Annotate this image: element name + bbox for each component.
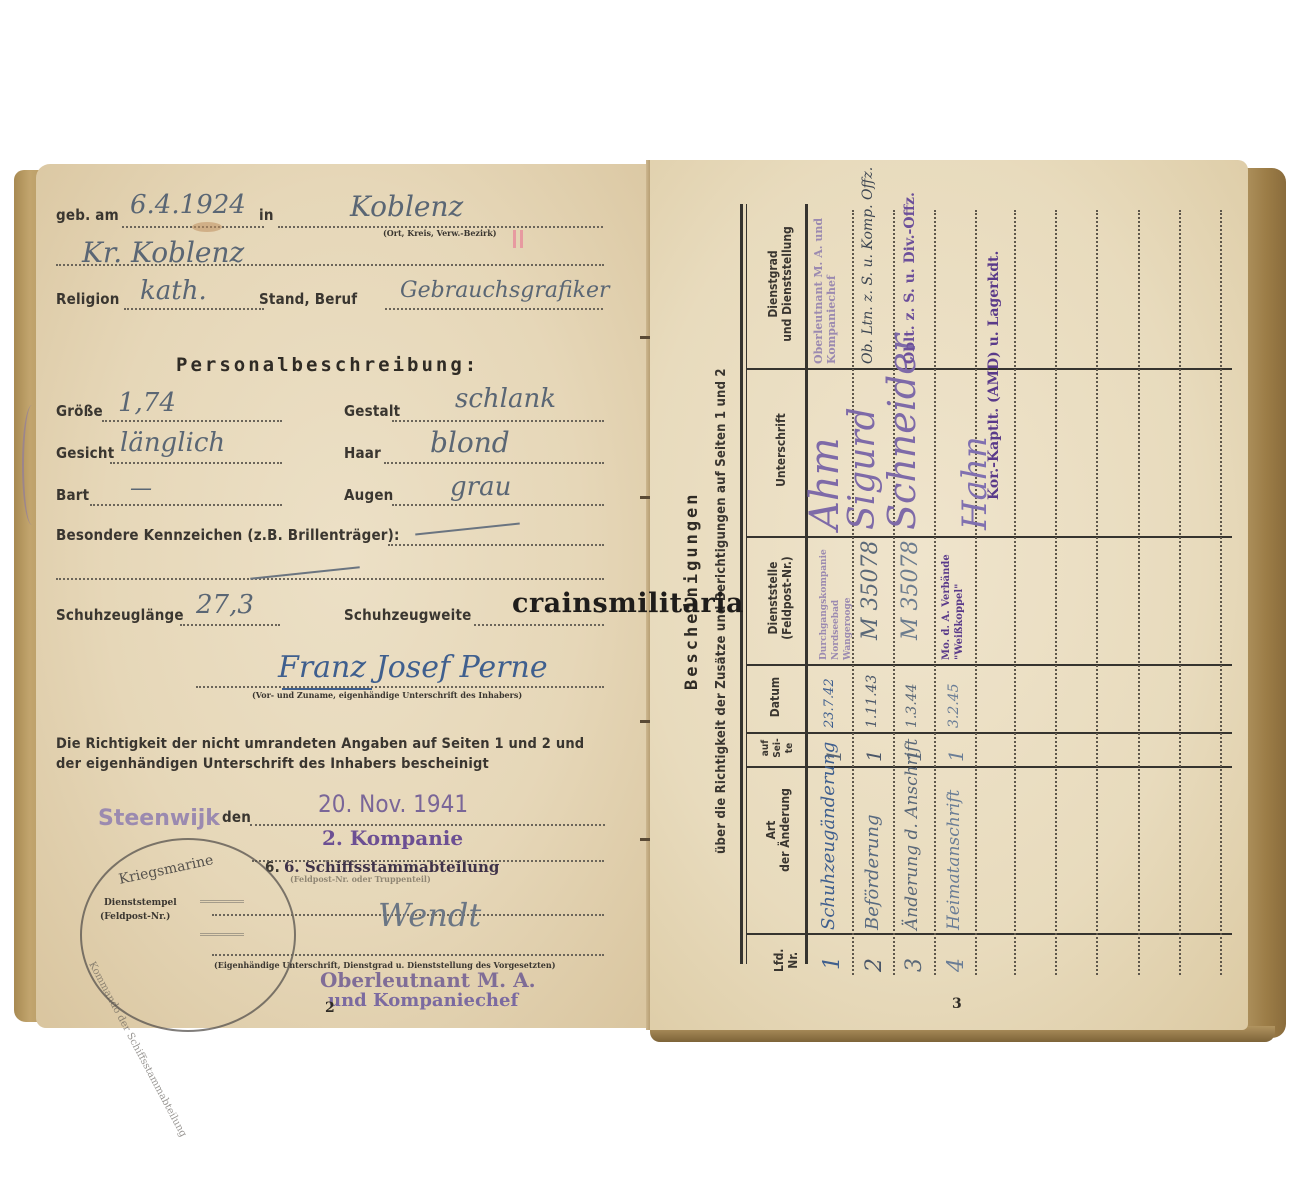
build-value: schlank — [455, 384, 556, 414]
unit-dotted-line — [252, 860, 604, 862]
row1-art: Schuhzeugänderung — [818, 742, 839, 930]
height-label: Größe — [56, 402, 103, 420]
row3-seite: 1 — [902, 749, 926, 762]
col-header-dienststelle: Dienststelle (Feldpost-Nr.) — [766, 536, 794, 660]
row4-nr: 4 — [944, 958, 969, 972]
row4-art: Heimatanschrift — [944, 790, 964, 930]
row-sep — [1179, 210, 1181, 975]
col-header-art: Art der Änderung — [764, 765, 792, 895]
col-header-seite: auf Sei- te — [760, 732, 796, 764]
row2-dienstgrad: Ob. Ltn. z. S. u. Komp. Offz. — [860, 167, 876, 364]
eyes-value: grau — [450, 472, 511, 502]
row-sep — [1055, 210, 1057, 975]
born-label: geb. am — [56, 206, 119, 224]
row4-dienstgrad: Kor.-Kaptlt. (AMD) u. Lagerkdt. — [986, 251, 1002, 500]
row3-nr: 3 — [902, 958, 927, 972]
hair-label: Haar — [344, 444, 381, 462]
shoe-length-value: 27,3 — [196, 590, 254, 620]
row1-dienststelle: Durchgangskompanie Nordseebad Wangerooge — [818, 536, 854, 660]
marks-dotted-line — [388, 544, 604, 546]
build-label: Gestalt — [344, 402, 400, 420]
row-sep — [1138, 210, 1140, 975]
table-left-border — [740, 204, 743, 964]
unit-hint: (Feldpost-Nr. oder Truppenteil) — [290, 874, 431, 884]
col-header-nr: Lfd. Nr. — [772, 949, 800, 972]
eagle-emblem — [200, 900, 244, 936]
religion-label: Religion — [56, 290, 120, 308]
height-dotted-line — [102, 420, 282, 422]
shoe-width-label: Schuhzeugweite — [344, 606, 471, 624]
row-sep — [1220, 210, 1222, 975]
hair-dotted-line — [384, 462, 604, 464]
shoe-length-label: Schuhzeuglänge — [56, 606, 184, 624]
row3-datum: 1.3.44 — [904, 683, 920, 728]
description-heading: Personalbeschreibung: — [176, 354, 479, 376]
row4-seite: 1 — [944, 749, 968, 762]
shoe-width-dotted-line — [474, 624, 604, 626]
face-label: Gesicht — [56, 444, 114, 462]
height-value: 1,74 — [118, 388, 176, 418]
row2-seite: 1 — [862, 749, 886, 762]
row1-dienstgrad: Oberleutnant M. A. und Kompaniechef — [812, 204, 838, 364]
religion-dotted-line — [124, 308, 264, 310]
beard-label: Bart — [56, 486, 89, 504]
rank-stamp-line-2: und Kompaniechef — [328, 990, 518, 1011]
eyes-dotted-line — [392, 504, 604, 506]
row-sep — [1096, 210, 1098, 975]
beard-dotted-line — [90, 504, 282, 506]
face-value: länglich — [120, 428, 225, 458]
occupation-label: Stand, Beruf — [259, 290, 357, 308]
row4-dienststelle: Mo. d. A. Verbände "Weißkoppel" — [940, 536, 966, 660]
red-mark — [513, 230, 523, 248]
unit-stamp-line-1: 2. Kompanie — [322, 826, 463, 850]
place-hint: (Ort, Kreis, Verw.-Bezirk) — [383, 228, 497, 238]
signature-dotted-line — [196, 686, 604, 688]
col-sep-dienststelle — [747, 664, 1232, 666]
shoe-length-dotted-line — [180, 624, 280, 626]
stain — [192, 222, 222, 232]
row3-dienststelle: M 35078 — [898, 540, 923, 640]
occupation-value: Gebrauchsgrafiker — [400, 278, 610, 303]
face-dotted-line — [110, 462, 282, 464]
superior-signature: Wendt — [378, 896, 481, 934]
edge-stamp-mark — [22, 405, 42, 525]
place-value: Koblenz — [350, 190, 463, 223]
born-value: 6.4.1924 — [130, 190, 246, 220]
religion-value: kath. — [140, 276, 207, 306]
signature-hint: (Vor- und Zuname, eigenhändige Unterschr… — [252, 690, 522, 700]
eyes-label: Augen — [344, 486, 393, 504]
col-header-dienstgrad: Dienstgrad und Dienststellung — [766, 204, 794, 364]
occupation-dotted-line — [385, 308, 603, 310]
marks-second-dotted-line — [56, 578, 604, 580]
row-sep — [934, 210, 936, 975]
row3-dienstgrad: Oblt. z. S. u. Div.-Offz. — [902, 192, 918, 364]
row2-art: Beförderung — [862, 815, 883, 930]
beard-value: — — [130, 476, 152, 501]
table-header-border — [805, 204, 808, 964]
table-left-border-inner — [746, 204, 747, 964]
watermark-text: crainsmilitaria — [512, 588, 744, 619]
row3-art: Änderung d. Anschrift — [902, 739, 922, 930]
col-header-datum: Datum — [768, 666, 782, 728]
row4-datum: 3.2.45 — [946, 683, 962, 728]
col-header-unterschrift: Unterschrift — [774, 368, 788, 532]
row-sep — [975, 210, 977, 975]
left-page-number: 2 — [325, 1000, 335, 1016]
place-stamp: Steenwijk — [98, 806, 220, 831]
row2-unterschrift: Sigurd — [842, 407, 883, 530]
district-dotted-line — [56, 264, 604, 266]
build-dotted-line — [392, 420, 604, 422]
marks-label: Besondere Kennzeichen (z.B. Brillenträge… — [56, 526, 400, 544]
col-sep-art — [747, 933, 1232, 935]
certification-line-1: Die Richtigkeit der nicht umrandeten Ang… — [56, 736, 584, 752]
rank-stamp-line-1: Oberleutnant M. A. — [320, 968, 536, 992]
service-stamp-label: Dienststempel — [104, 898, 177, 908]
row1-datum: 23.7.42 — [822, 678, 837, 728]
right-page-number: 3 — [952, 996, 962, 1012]
service-stamp-sub: (Feldpost-Nr.) — [100, 912, 170, 922]
row2-dienststelle: M 35078 — [858, 540, 883, 640]
col-sep-datum — [747, 732, 1232, 734]
date-label: den — [222, 808, 251, 826]
place-label: in — [259, 206, 274, 224]
row-sep — [1014, 210, 1016, 975]
row2-datum: 1.11.43 — [864, 675, 880, 728]
hair-value: blond — [430, 426, 510, 459]
holder-signature: Franz Josef Perne — [278, 650, 548, 685]
date-stamp: 20. Nov. 1941 — [318, 790, 468, 818]
row1-nr: 1 — [820, 956, 845, 970]
row-sep — [893, 210, 895, 975]
row2-nr: 2 — [862, 958, 887, 972]
row1-seite: 1 — [822, 749, 846, 762]
superior-dotted-line — [212, 954, 604, 956]
certification-line-2: der eigenhändigen Unterschrift des Inhab… — [56, 756, 489, 772]
